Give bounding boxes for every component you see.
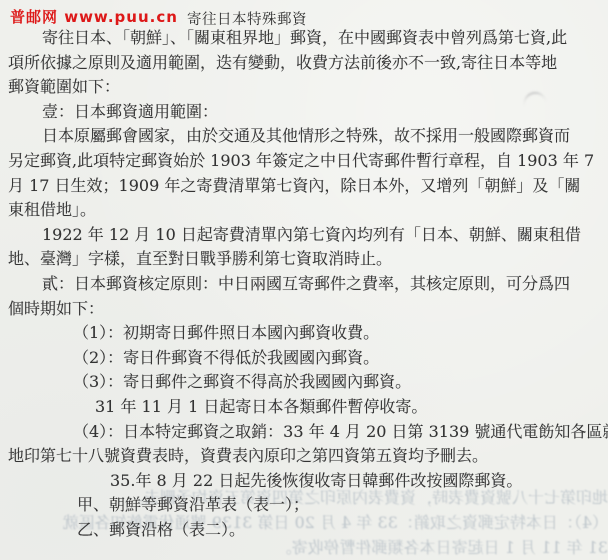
document-body: 寄往日本、「朝鮮」、「關東租界地」郵資，在中國郵資表中曾列爲第七資,此 項所依據…: [8, 26, 606, 542]
text-line: 項所依據之原則及適用範圍，迭有變動，收費方法前後亦不一致,寄往日本等地: [8, 51, 606, 76]
section-heading-line: 壹：日本郵資適用範圍：: [8, 100, 606, 125]
scanned-document-page: 普邮网 www.puu.cn 寄往日本特殊郵資 地印第七十八號資費表時，資費表內…: [0, 0, 608, 560]
list-item: 乙、郵資沿格（表二）。: [8, 518, 606, 543]
text-line: 地印第七十八號資費表時，資費表內原印之第四資第五資均予刪去。: [8, 444, 606, 469]
text-line: 寄往日本、「朝鮮」、「關東租界地」郵資，在中國郵資表中曾列爲第七資,此: [8, 26, 606, 51]
page-header: 普邮网 www.puu.cn 寄往日本特殊郵資: [0, 0, 608, 26]
site-watermark: 普邮网 www.puu.cn: [10, 6, 178, 27]
list-item: （2）：寄日件郵資不得低於我國國內郵資。: [8, 346, 606, 371]
text-line: 個時期如下：: [8, 297, 606, 322]
text-line: 東租借地」。: [8, 198, 606, 223]
text-line: 月 17 日生效；1909 年之寄費清單第七資內，除日本外，又增列「朝鮮」及「關: [8, 174, 606, 199]
text-line: 日本原屬郵會國家，由於交通及其他情形之特殊，故不採用一般國際郵資而: [8, 124, 606, 149]
text-line: 地、臺灣」字樣，直至對日戰爭勝利第七資取消時止。: [8, 247, 606, 272]
text-line: 郵資範圍如下：: [8, 75, 606, 100]
text-line: 31 年 11 月 1 日起寄日本各類郵件暫停收寄。: [8, 395, 606, 420]
list-item: （1）：初期寄日郵件照日本國內郵資收費。: [8, 321, 606, 346]
list-item: （4）：日本特定郵資之取銷：33 年 4 月 20 日第 3139 號通代電飭知…: [8, 420, 606, 445]
list-item: 甲、朝鮮等郵資沿革表（表一）；: [8, 493, 606, 518]
list-item: （3）：寄日郵件之郵資不得高於我國國內郵資。: [8, 370, 606, 395]
text-line: 35.年 8 月 22 日起先後恢復收寄日韓郵件改按國際郵資。: [8, 469, 606, 494]
text-line: 另定郵資,此項特定郵資始於 1903 年簽定之中日代寄郵件暫行章程，自 1903…: [8, 149, 606, 174]
section-heading-line: 貳：日本郵資核定原則：中日兩國互寄郵件之費率，其核定原則，可分爲四: [8, 272, 606, 297]
text-line: 1922 年 12 月 10 日起寄費清單內第七資內均列有「日本、朝鮮、關東租借: [8, 223, 606, 248]
